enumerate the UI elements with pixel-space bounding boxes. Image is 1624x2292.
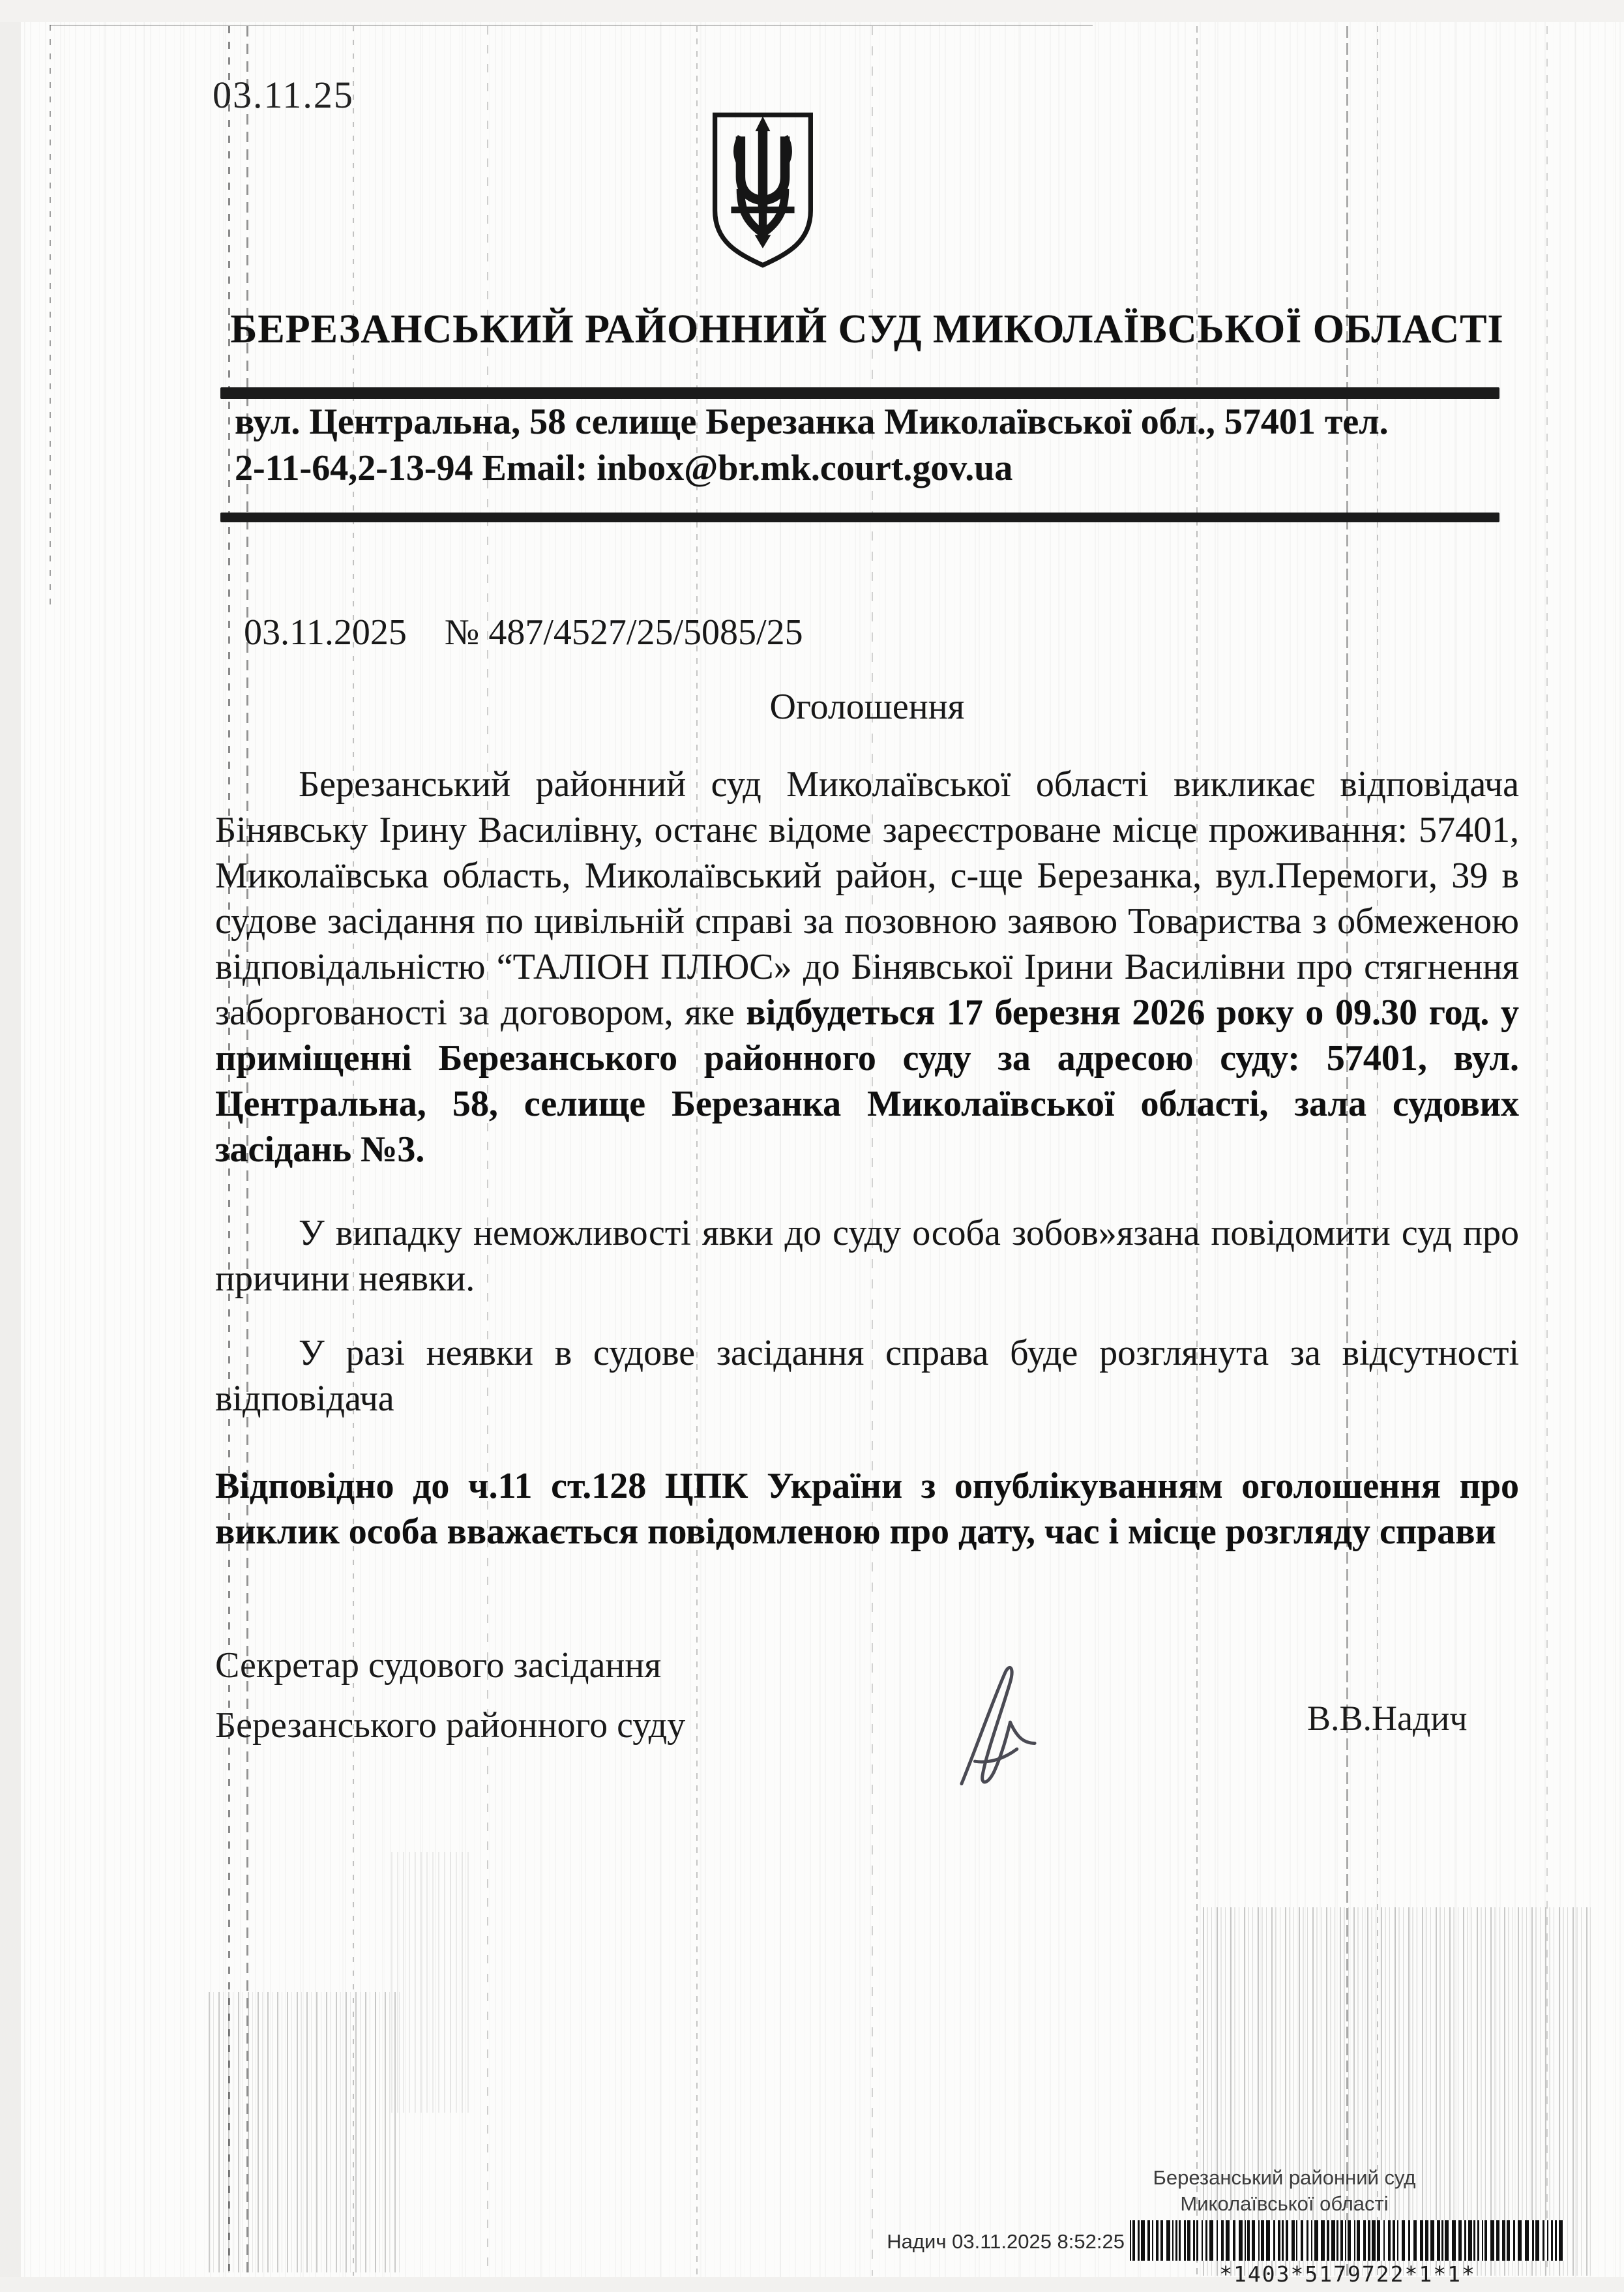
document-date: 03.11.2025 [244,612,407,653]
page-border-line [50,25,51,612]
barcode-value: *1403*5179722*1*1* [1130,2261,1565,2287]
paragraph: Березанський районний суд Миколаївської … [215,762,1519,1172]
address-line-2: 2-11-64,2-13-94 Email: inbox@br.mk.court… [235,445,1513,492]
scan-edge-top [0,0,1624,22]
signatory-role-line2: Березанського районного суду [215,1695,685,1755]
document-heading: Оголошення [215,686,1519,728]
signatory-role-line1: Секретар судового засідання [215,1635,685,1695]
paragraph: Відповідно до ч.11 ст.128 ЦПК України з … [215,1463,1519,1555]
document-meta: 03.11.2025№ 487/4527/25/5085/25 [244,612,803,653]
header-rule-bottom [220,513,1499,522]
scan-edge-left [0,0,21,2292]
barcode [1130,2220,1565,2261]
handwritten-date: 03.11.25 [213,73,354,117]
signatory-name: В.В.Надич [1307,1698,1468,1738]
case-number: № 487/4527/25/5085/25 [445,612,803,653]
body-paragraphs: Березанський районний суд Миколаївської … [215,762,1519,1555]
signature-block: Секретар судового засідання Березанськог… [215,1635,685,1755]
coat-of-arms-icon [705,110,820,271]
scan-noise-cluster [391,1852,469,2113]
scan-streak [1546,26,1548,2276]
scanned-court-document: 03.11.25 БЕРЕЗАНСЬКИЙ РАЙОННИЙ СУД МИКОЛ… [0,0,1624,2292]
header-rule-top [220,387,1499,399]
paragraph: У разі неявки в судове засідання справа … [215,1330,1519,1421]
court-name-title: БЕРЕЗАНСЬКИЙ РАЙОННИЙ СУД МИКОЛАЇВСЬКОЇ … [196,306,1539,353]
footer-court-line1: Березанський районний суд [1056,2165,1513,2191]
handwritten-signature [930,1651,1056,1802]
registration-stamp: Надич 03.11.2025 8:52:25 [831,2230,1125,2254]
footer-court-name: Березанський районний суд Миколаївської … [1056,2165,1513,2217]
page-border-line [50,25,1093,26]
address-line-1: вул. Центральна, 58 селище Березанка Мик… [235,399,1513,445]
scan-noise-cluster [209,1992,404,2272]
paragraph: У випадку неможливості явки до суду особ… [215,1210,1519,1302]
footer-court-line2: Миколаївської області [1056,2191,1513,2217]
court-address: вул. Центральна, 58 селище Березанка Мик… [235,399,1513,492]
